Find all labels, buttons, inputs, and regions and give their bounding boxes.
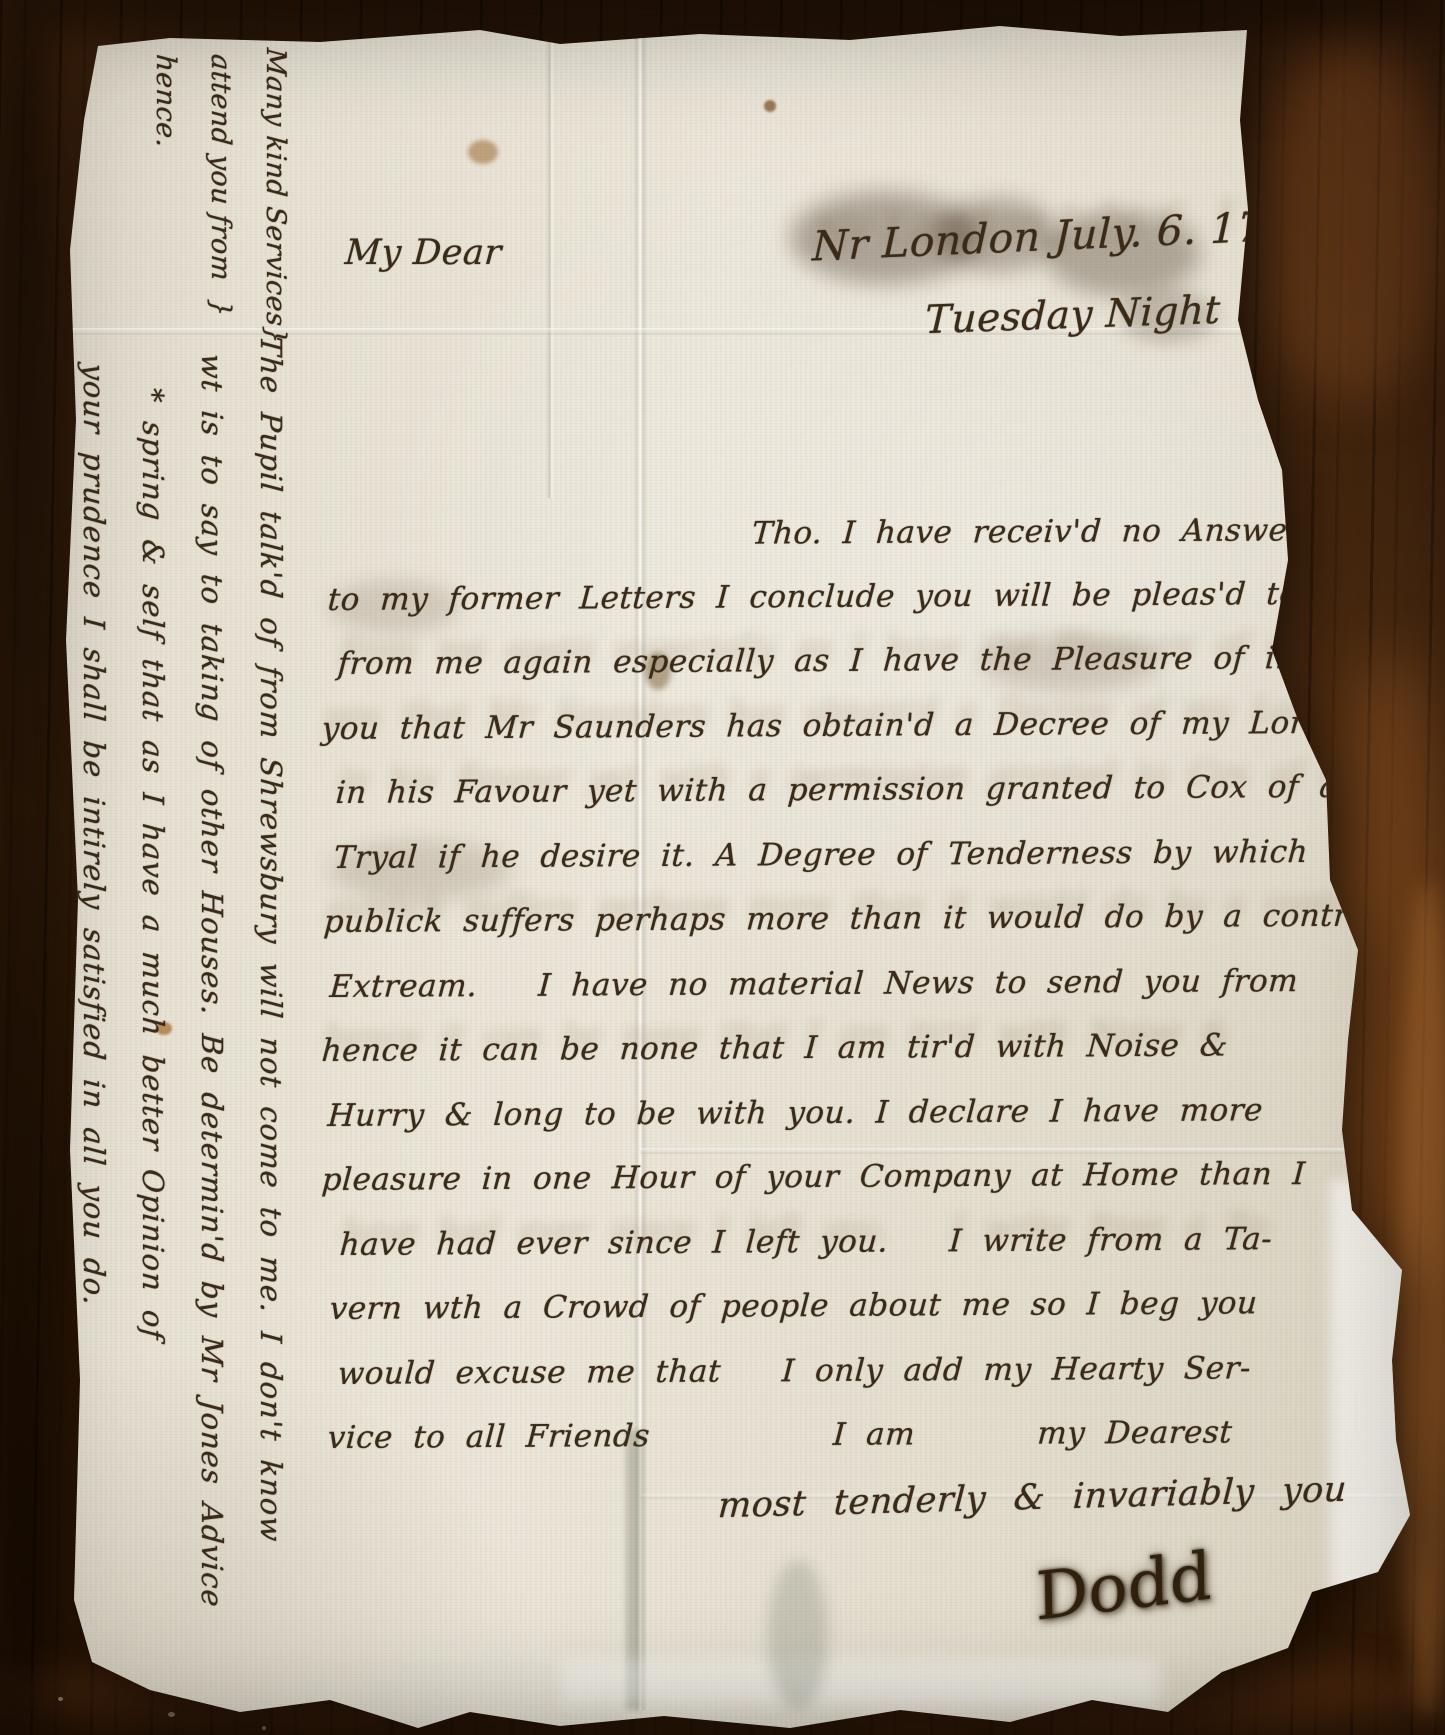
letter-paper-wrap: Many kind Services} attend you from } he… — [0, 0, 1445, 1735]
body-line: Hurry & long to be with you. I declare I… — [326, 1078, 1305, 1148]
gray-smudge — [768, 1560, 828, 1710]
fold-stain — [626, 1430, 642, 1710]
margin-note-line: wt is to say to taking of other Houses. … — [182, 352, 241, 1549]
body-line: from me again especially as I have the P… — [336, 626, 1305, 696]
body-line: vice to all Friends I am my Dearest — [326, 1400, 1305, 1470]
margin-note-line: your prudence I shall be intirely satisf… — [64, 361, 123, 1540]
rust-spot — [468, 140, 498, 164]
letter-body: Tho. I have receiv'd no Answer to my for… — [322, 500, 1302, 1468]
margin-note-left: The Pupil talk'd of from Shrewsbury will… — [64, 321, 300, 1553]
body-line: hence it can be none that I am tir'd wit… — [320, 1013, 1305, 1083]
body-line: in his Favour yet with a permission gran… — [334, 755, 1305, 825]
margin-note-line: * spring & self that as I have a much be… — [123, 386, 182, 1545]
body-line: publick suffers perhaps more than it wou… — [322, 884, 1305, 954]
body-line: pleasure in one Hour of your Company at … — [320, 1142, 1305, 1212]
closing-line: most tenderly & invariably you — [717, 1470, 1348, 1527]
signature: Dodd — [1035, 1537, 1212, 1636]
dateline-day-time: Tuesday Night — [924, 288, 1221, 343]
letter-paper: Many kind Services} attend you from } he… — [0, 0, 1445, 1735]
body-line: would excuse me that I only add my Heart… — [336, 1336, 1305, 1406]
body-line: vern wth a Crowd of people about me so I… — [328, 1271, 1305, 1341]
margin-note-line: The Pupil talk'd of from Shrewsbury will… — [241, 334, 300, 1553]
body-line: Tho. I have receiv'd no Answer — [750, 498, 1304, 566]
rust-spot — [764, 100, 776, 112]
body-line: you that Mr Saunders has obtain'd a Decr… — [320, 691, 1305, 761]
torn-edge-highlight — [560, 1660, 1160, 1706]
body-line: to my former Letters I conclude you will… — [326, 562, 1305, 632]
body-line: Tryal if he desire it. A Degree of Tende… — [332, 820, 1305, 890]
body-line: have had ever since I left you. I write … — [338, 1207, 1305, 1277]
dateline-place-date: Nr London July. 6. 173 — [812, 202, 1291, 271]
body-line: Extream. I have no material News to send… — [328, 949, 1305, 1019]
vertical-fold-crease — [546, 28, 554, 498]
torn-edge-highlight — [1330, 1180, 1420, 1620]
salutation: My Dear — [344, 233, 503, 273]
photo-scene: Many kind Services} attend you from } he… — [0, 0, 1445, 1735]
